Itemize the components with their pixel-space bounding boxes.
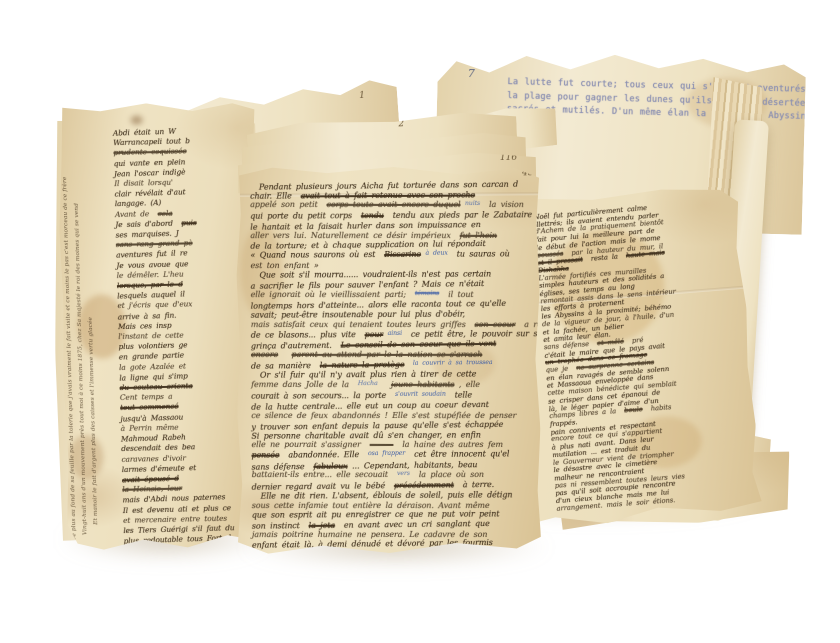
stain bbox=[130, 115, 142, 124]
manuscript-word bbox=[283, 350, 287, 359]
manuscript-word: lorsque, par le d bbox=[117, 279, 183, 290]
center-page-text: Pendant plusieurs jours Aicha fut tortur… bbox=[250, 180, 541, 550]
left-page-text: Abdi était un W Warrancapeli tout b prud… bbox=[113, 125, 239, 546]
manuscript-word: de sa manière bbox=[251, 361, 315, 371]
manuscript-word: , elle bbox=[459, 380, 480, 389]
manuscript-word: arrive à sa fin. bbox=[118, 310, 177, 321]
manuscript-word: l'instant de cette bbox=[118, 331, 183, 341]
manuscript-word: cela bbox=[157, 208, 172, 217]
center-manuscript-page: 48 Pendant plusieurs jours Aicha fut tor… bbox=[236, 166, 541, 554]
manuscript-word: son coeur bbox=[475, 320, 516, 329]
manuscript-word: ce petit être, le pouvoir sur so bbox=[406, 329, 541, 339]
manuscript-word: cet être innocent qu'el bbox=[410, 449, 510, 459]
manuscript-word: ——— bbox=[370, 440, 394, 449]
manuscript-word: clair révélait d'aut bbox=[114, 187, 185, 198]
manuscript-word: ainsi bbox=[388, 329, 402, 336]
manuscript-word: caravanes d'ivoir bbox=[121, 453, 185, 463]
manuscript-word: la vision bbox=[485, 200, 524, 209]
manuscript-line: est ton enfant » bbox=[251, 261, 542, 271]
manuscript-word: y trouver son enfant depuis la pause qu'… bbox=[251, 420, 503, 432]
manuscript-word: jusqu'à Massaou bbox=[120, 412, 183, 423]
manuscript-line: sous cette infamie tout entière la dérai… bbox=[252, 500, 541, 510]
manuscript-word: encore bbox=[251, 350, 278, 359]
right-page-text: Noël fut particulièrement calme illettré… bbox=[533, 203, 696, 513]
manuscript-word: aller vers lui. Naturellement ce désir i… bbox=[250, 230, 455, 239]
manuscript-word: dernier regard avait vu le bébé bbox=[252, 481, 390, 492]
manuscript-word: Avant de bbox=[115, 209, 153, 219]
manuscript-word: la Heinsie, leur bbox=[122, 484, 182, 494]
manuscript-word: Il disait lorsqu' bbox=[114, 178, 173, 188]
manuscript-word: jamais poitrine humaine ne pensera. Le c… bbox=[252, 530, 487, 539]
manuscript-line: Avant de cela bbox=[115, 207, 231, 220]
manuscript-word: aventures fut il re bbox=[116, 249, 188, 260]
page-number-2: 2 bbox=[398, 119, 404, 129]
manuscript-line: caravanes d'ivoir bbox=[121, 452, 237, 465]
manuscript-word: tendu aux pieds par le Zabataire bbox=[388, 210, 532, 220]
manuscript-word: à deux bbox=[425, 250, 447, 257]
manuscript-word: « Quand nous saurons où est bbox=[250, 250, 379, 260]
manuscript-word: abandonnée. Elle bbox=[284, 450, 364, 459]
manuscript-word: Le conseil de son coeur que ils vont bbox=[341, 339, 497, 350]
manuscript-word: en grande partie bbox=[119, 351, 184, 362]
manuscript-word: qui porte du petit corps bbox=[250, 211, 356, 221]
manuscript-word: osa frapper bbox=[368, 450, 405, 457]
manuscript-word: sous cette infamie tout entière la dérai… bbox=[252, 500, 490, 509]
manuscript-word: prudente esquissée bbox=[113, 147, 186, 158]
manuscript-word: puis bbox=[181, 218, 196, 227]
manuscript-word: le démêler. L'heu bbox=[117, 269, 184, 279]
manuscript-line: femme dans Jolle de la Hacha jeune habit… bbox=[251, 380, 541, 391]
manuscript-word: habits bbox=[646, 403, 671, 413]
manuscript-word: Mahmoud Rabeh bbox=[121, 432, 186, 443]
manuscript-word: vers bbox=[397, 470, 410, 477]
manuscript-word: de ce blasons... plus vite bbox=[251, 330, 360, 340]
manuscript-word: qui vante en plein bbox=[114, 157, 186, 168]
manuscript-word: courait à son secours... la porte bbox=[251, 391, 390, 401]
manuscript-word: Hacha bbox=[358, 380, 378, 387]
manuscript-word: avait tout à fait retenue avec son proch… bbox=[301, 190, 476, 200]
manuscript-word: tu sauras où bbox=[452, 249, 509, 258]
manuscript-word: la place où son bbox=[414, 470, 484, 479]
manuscript-word: le hantait et la faisait hurler dans son… bbox=[250, 220, 481, 232]
manuscript-word: Bissarine bbox=[384, 250, 421, 259]
manuscript-word: pensée bbox=[251, 451, 279, 460]
manuscript-word: jeune habitants bbox=[391, 380, 454, 389]
manuscript-word: boule bbox=[624, 405, 643, 414]
manuscript-line: « Quand nous saurons où est Bissarine à … bbox=[250, 249, 541, 261]
manuscript-word: et mercenaire entre toutes bbox=[123, 513, 227, 524]
manuscript-word: nuits bbox=[465, 200, 480, 207]
manuscript-word: la couvrir à sa troussea bbox=[409, 359, 493, 367]
manuscript-word: la nature la protège bbox=[320, 360, 405, 370]
manuscript-word: à terre. bbox=[458, 480, 494, 489]
manuscript-word: savait; peut-être insoutenable pour lui … bbox=[251, 310, 465, 320]
manuscript-word: la haine des autres fem bbox=[398, 440, 503, 449]
page-number-1: 1 bbox=[359, 91, 365, 101]
manuscript-word: elle ignorait où le vieillissaient parti… bbox=[251, 290, 411, 299]
manuscript-word: a sacrifier le fils pour sauver l'enfant… bbox=[251, 279, 485, 291]
manuscript-word: femme dans Jolle de la bbox=[251, 380, 353, 389]
manuscript-line: appelé son petit corps toute avait encor… bbox=[250, 200, 541, 211]
manuscript-word: précédemment bbox=[394, 480, 454, 490]
manuscript-word: s'ouvrit soudain bbox=[395, 390, 446, 397]
manuscript-word: battaient-ils entre... elle secouait bbox=[252, 470, 393, 479]
manuscript-word: telle bbox=[450, 390, 472, 399]
manuscript-word: la ligne qui s'imp bbox=[119, 371, 188, 382]
manuscript-word: tendu bbox=[361, 211, 384, 220]
manuscript-word: tout commencé bbox=[120, 402, 179, 413]
manuscript-line: savait; peut-être insoutenable pour lui … bbox=[251, 309, 541, 320]
manuscript-line: et mercenaire entre toutes bbox=[123, 513, 239, 526]
manuscript-line: elle ne pourrait s'assigner ——— la haine… bbox=[251, 440, 541, 450]
manuscript-word: la jeta bbox=[309, 521, 335, 530]
manuscript-photo: 1 De plus au fond de sa feuille par la t… bbox=[0, 0, 840, 643]
manuscript-word: et j'écris que d'eux bbox=[117, 300, 192, 311]
manuscript-word: ... Cependant, habitants, beau bbox=[352, 460, 477, 470]
manuscript-word: avait épousé d bbox=[122, 474, 179, 485]
manuscript-word: mais satisfait ceux qui tenaient toutes … bbox=[251, 320, 470, 329]
manuscript-word: Je sais d'abord bbox=[115, 218, 177, 229]
manuscript-word: la gote Azalée et bbox=[119, 361, 186, 371]
left-manuscript-page: De plus au fond de sa feuille par la tol… bbox=[56, 100, 268, 550]
manuscript-word: ce silence de feux abandonnés ! Elle s'e… bbox=[251, 411, 516, 420]
manuscript-word: elle ne pourrait s'assigner bbox=[251, 440, 365, 449]
manuscript-word: Je vous avoue que bbox=[116, 259, 188, 270]
manuscript-word: pour bbox=[365, 330, 384, 339]
manuscript-word: langage. (A) bbox=[115, 198, 162, 208]
manuscript-word: Abdi était un W bbox=[113, 127, 176, 138]
manuscript-word: témoins bbox=[415, 290, 439, 297]
manuscript-word: en avant avec un cri sanglant que bbox=[339, 519, 489, 530]
manuscript-word: est ton enfant » bbox=[251, 261, 319, 270]
manuscript-word: à Perrin même bbox=[121, 422, 179, 432]
manuscript-line: mais satisfait ceux qui tenaient toutes … bbox=[251, 320, 541, 330]
page-number-7: 7 bbox=[468, 67, 475, 80]
manuscript-word: corps toute avait encore duquel bbox=[327, 200, 461, 209]
manuscript-word: appelé son petit bbox=[250, 200, 322, 209]
manuscript-word: parent au attend par le la nation se s'a… bbox=[291, 350, 482, 359]
manuscript-word: que je bbox=[545, 364, 572, 374]
manuscript-word: Cent temps a bbox=[120, 392, 173, 402]
manuscript-word bbox=[382, 380, 386, 389]
manuscript-word: il tout bbox=[444, 290, 474, 299]
